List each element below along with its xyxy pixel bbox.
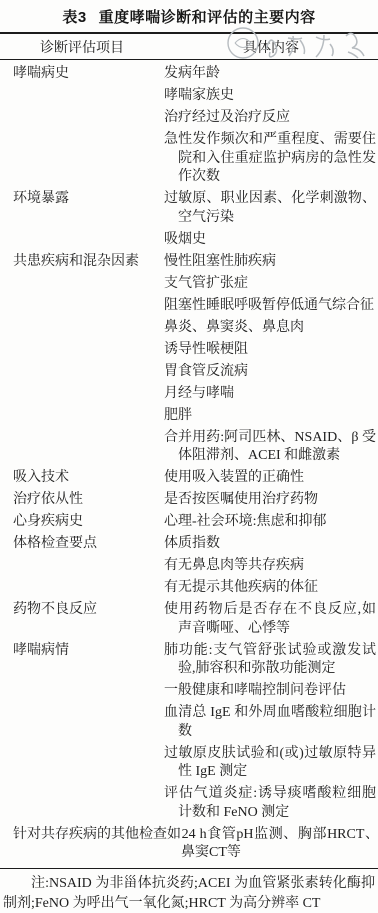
detail-entry: 阻塞性睡眠呼吸暂停低通气综合征	[164, 297, 376, 316]
table-body: 哮喘病史发病年龄哮喘家族史治疗经过及治疗反应急性发作频次和严重程度、需要住院和入…	[0, 60, 378, 866]
detail-entry: 吸烟史	[164, 231, 376, 250]
row-details: 是否按医嘱使用治疗药物	[164, 491, 376, 513]
detail-entry: 肥胖	[164, 407, 376, 426]
table-number: 表3	[62, 9, 86, 26]
table-row: 药物不良反应使用药物后是否存在不良反应,如声音嘶哑、心悸等	[13, 601, 378, 642]
detail-entry: 过敏原、职业因素、化学刺激物、空气污染	[164, 190, 376, 227]
detail-entry: 有无提示其他疾病的体征	[164, 579, 376, 598]
column-header-detail: 具体内容	[164, 37, 378, 57]
table-row: 心身疾病史心理-社会环境:焦虑和抑郁	[13, 513, 378, 535]
table-title: 重度哮喘诊断和评估的主要内容	[99, 9, 316, 26]
detail-entry: 评估气道炎症:诱导痰嗜酸粒细胞计数和 FeNO 测定	[164, 785, 376, 822]
detail-entry: 使用吸入装置的正确性	[164, 469, 376, 488]
detail-entry: 急性发作频次和严重程度、需要住院和入住重症监护病房的急性发作次数	[164, 131, 376, 187]
row-details: 体质指数有无鼻息肉等共存疾病有无提示其他疾病的体征	[164, 535, 376, 601]
detail-entry: 鼻炎、鼻窦炎、鼻息肉	[164, 319, 376, 338]
detail-entry: 胃食管反流病	[164, 363, 376, 382]
table-row: 环境暴露过敏原、职业因素、化学刺激物、空气污染吸烟史	[13, 190, 378, 253]
table-figure: 表3重度哮喘诊断和评估的主要内容 诊断评估项目 具体内容 哮喘病史发病年龄哮喘家…	[0, 0, 378, 913]
column-headers: 诊断评估项目 具体内容	[0, 34, 378, 60]
detail-entry: 合并用药:阿司匹林、NSAID、β 受体阻滞剂、ACEI 和雌激素	[164, 429, 376, 466]
table-row: 体格检查要点体质指数有无鼻息肉等共存疾病有无提示其他疾病的体征	[13, 535, 378, 601]
table-caption: 表3重度哮喘诊断和评估的主要内容	[0, 0, 378, 27]
row-item-label: 治疗依从性	[13, 491, 164, 513]
row-item-label: 吸入技术	[13, 469, 164, 491]
row-item-label: 哮喘病史	[13, 65, 164, 190]
row-item-label: 心身疾病史	[13, 513, 164, 535]
detail-entry: 肺功能:支气管舒张试验或激发试验,肺容积和弥散功能测定	[164, 642, 376, 679]
row-details: 如24 h食管pH监测、胸部HRCT、鼻窦CT等	[167, 826, 378, 867]
detail-entry: 心理-社会环境:焦虑和抑郁	[164, 513, 376, 532]
table-row: 针对共存疾病的其他检查如24 h食管pH监测、胸部HRCT、鼻窦CT等	[13, 826, 378, 867]
row-item-label: 针对共存疾病的其他检查	[13, 826, 167, 867]
table-row: 哮喘病情肺功能:支气管舒张试验或激发试验,肺容积和弥散功能测定一般健康和哮喘控制…	[13, 642, 378, 826]
row-item-label: 体格检查要点	[13, 535, 164, 601]
column-header-item: 诊断评估项目	[0, 37, 164, 57]
detail-entry: 月经与哮喘	[164, 385, 376, 404]
detail-entry: 过敏原皮肤试验和(或)过敏原特异性 IgE 测定	[164, 745, 376, 782]
row-item-label: 哮喘病情	[13, 642, 164, 826]
detail-entry: 有无鼻息肉等共存疾病	[164, 557, 376, 576]
detail-entry: 慢性阻塞性肺疾病	[164, 253, 376, 272]
table-footnote: 注:NSAID 为非甾体抗炎药;ACEI 为血管紧张素转化酶抑制剂;FeNO 为…	[3, 874, 375, 913]
detail-entry: 支气管扩张症	[164, 275, 376, 294]
detail-entry: 血清总 IgE 和外周血嗜酸粒细胞计数	[164, 704, 376, 741]
detail-entry: 体质指数	[164, 535, 376, 554]
row-details: 发病年龄哮喘家族史治疗经过及治疗反应急性发作频次和严重程度、需要住院和入住重症监…	[164, 65, 376, 190]
table-row: 吸入技术使用吸入装置的正确性	[13, 469, 378, 491]
detail-entry: 一般健康和哮喘控制问卷评估	[164, 682, 376, 701]
table-row: 哮喘病史发病年龄哮喘家族史治疗经过及治疗反应急性发作频次和严重程度、需要住院和入…	[13, 65, 378, 190]
row-details: 慢性阻塞性肺疾病支气管扩张症阻塞性睡眠呼吸暂停低通气综合征鼻炎、鼻窦炎、鼻息肉诱…	[164, 253, 376, 470]
detail-entry: 哮喘家族史	[164, 87, 376, 106]
table-row: 治疗依从性是否按医嘱使用治疗药物	[13, 491, 378, 513]
bottom-rule	[0, 868, 378, 869]
row-details: 心理-社会环境:焦虑和抑郁	[164, 513, 376, 535]
detail-entry: 发病年龄	[164, 65, 376, 84]
row-item-label: 药物不良反应	[13, 601, 164, 642]
row-details: 过敏原、职业因素、化学刺激物、空气污染吸烟史	[164, 190, 376, 253]
detail-entry: 使用药物后是否存在不良反应,如声音嘶哑、心悸等	[164, 601, 376, 638]
table-row: 共患疾病和混杂因素慢性阻塞性肺疾病支气管扩张症阻塞性睡眠呼吸暂停低通气综合征鼻炎…	[13, 253, 378, 470]
row-item-label: 共患疾病和混杂因素	[13, 253, 164, 470]
detail-entry: 诱导性喉梗阻	[164, 341, 376, 360]
detail-entry: 是否按医嘱使用治疗药物	[164, 491, 376, 510]
row-item-label: 环境暴露	[13, 190, 164, 253]
detail-entry: 如24 h食管pH监测、胸部HRCT、鼻窦CT等	[167, 826, 378, 863]
row-details: 使用吸入装置的正确性	[164, 469, 376, 491]
row-details: 肺功能:支气管舒张试验或激发试验,肺容积和弥散功能测定一般健康和哮喘控制问卷评估…	[164, 642, 376, 826]
row-details: 使用药物后是否存在不良反应,如声音嘶哑、心悸等	[164, 601, 376, 642]
detail-entry: 治疗经过及治疗反应	[164, 109, 376, 128]
